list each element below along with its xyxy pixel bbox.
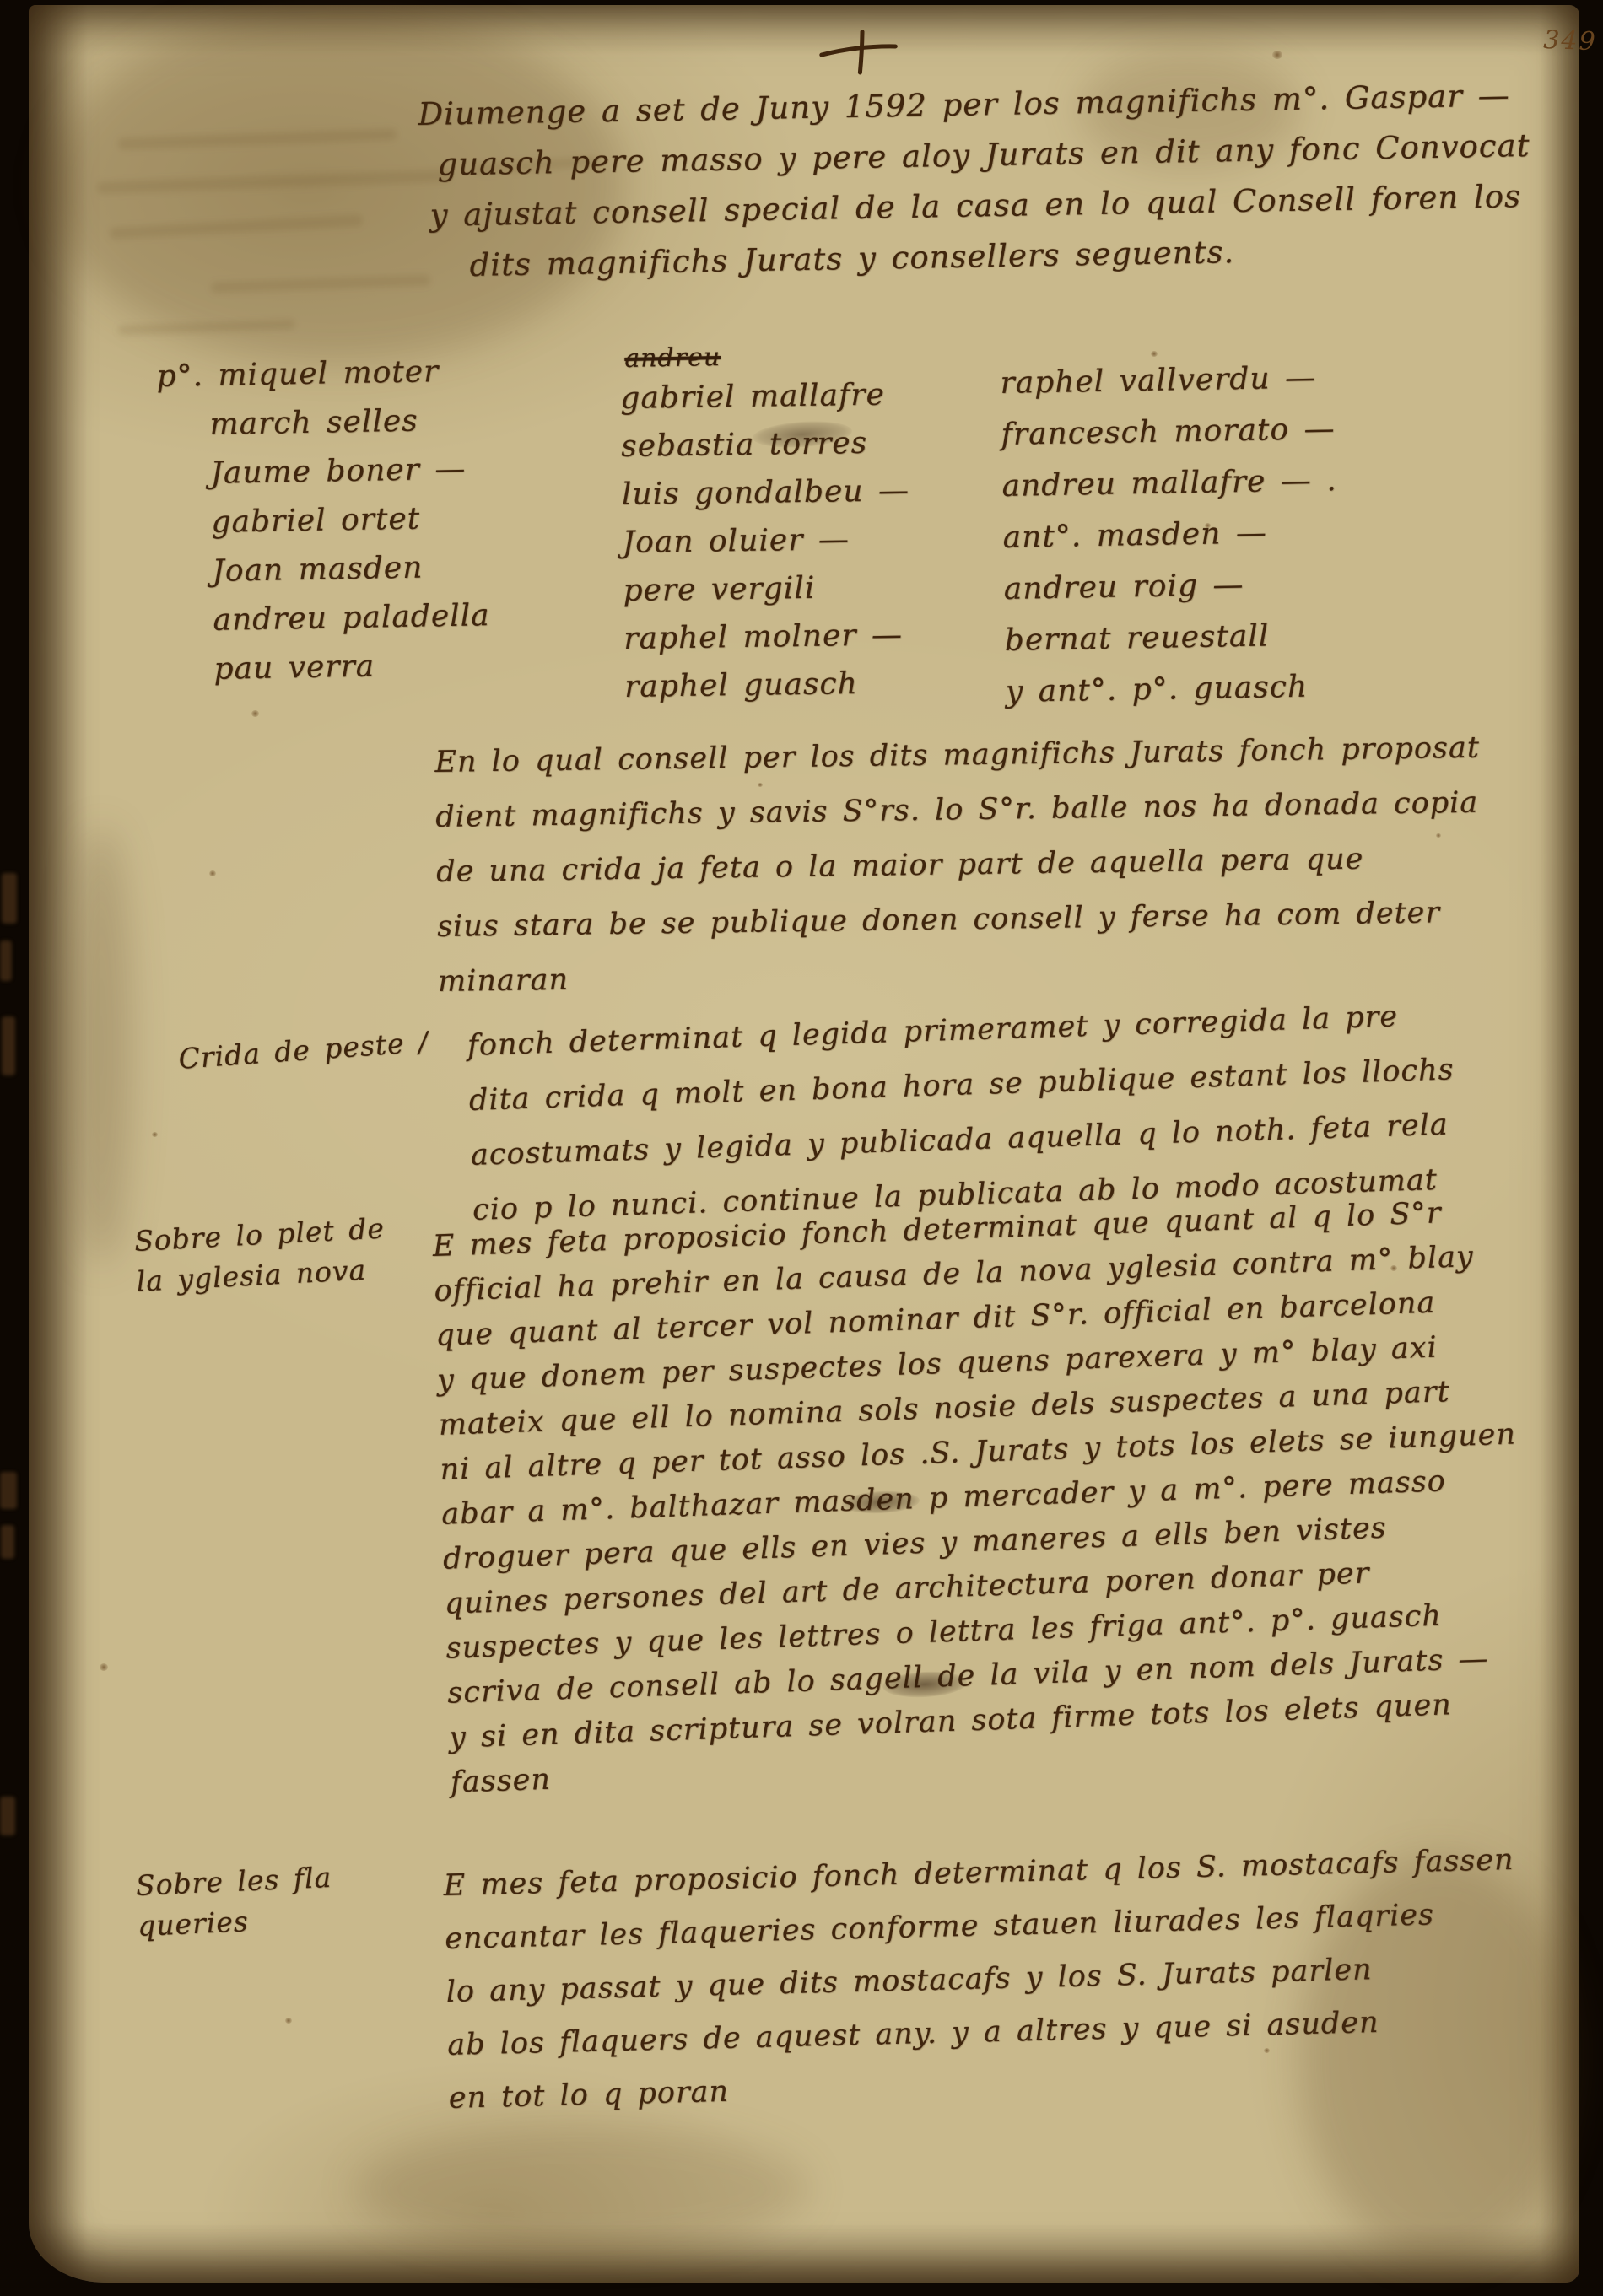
binding-bleed-mark [1, 1525, 14, 1559]
attendee-name: raphel molner — [623, 611, 912, 663]
attendee-name: luis gondalbeu — [622, 466, 910, 519]
paragraph-plet: E mes feta proposicio fonch determinat q… [432, 1189, 1527, 1806]
cross-mark-icon [815, 26, 903, 86]
paragraph-proposal: En lo qual consell per los dits magnific… [434, 721, 1483, 1010]
attendee-name: raphel vallverdu — [1000, 352, 1336, 409]
attendee-name: ant°. masden — [1002, 506, 1338, 563]
attendee-column-1: p°. miquel moter march selles Jaume bone… [156, 347, 491, 695]
heading-block: Diumenge a set de Juny 1592 per los magn… [418, 70, 1532, 292]
binding-bleed-mark [0, 1797, 15, 1835]
attendee-name: gabriel mallafre [620, 370, 909, 423]
struck-attendee-name: andreu [624, 342, 721, 374]
attendee-name: march selles [209, 396, 487, 450]
attendee-name: gabriel ortet [211, 493, 488, 547]
margin-note-plet-yglesia: Sobre lo plet de la yglesia nova [133, 1208, 388, 1302]
attendee-name: andreu paladella [213, 591, 490, 645]
binding-bleed-mark [0, 1472, 17, 1509]
attendee-name: Jaume boner — [210, 445, 488, 499]
attendee-name: pau verra [213, 640, 491, 694]
attendee-column-2: gabriel mallafre sebastia torres luis go… [620, 370, 913, 711]
folio-number: 349 [1543, 25, 1597, 57]
paragraph-flaqueries: E mes feta proposicio fonch determinat q… [443, 1834, 1520, 2126]
binding-bleed-mark [2, 1016, 15, 1075]
binding-bleed-mark [2, 873, 17, 924]
attendee-name: sebastia torres [621, 418, 909, 471]
attendee-name: francesch morato — [1001, 403, 1336, 461]
attendee-name: andreu roig — [1003, 558, 1339, 615]
attendee-name: andreu mallafre — . [1001, 455, 1337, 512]
margin-note-line: Sobre les fla [135, 1857, 332, 1906]
attendee-name: y ant°. p°. guasch [1005, 660, 1341, 718]
attendee-name: p°. miquel moter [156, 347, 486, 402]
margin-note-line: queries [137, 1898, 334, 1947]
attendee-name: Joan masden [212, 542, 489, 596]
attendee-name: raphel guasch [624, 659, 913, 711]
binding-bleed-mark [0, 940, 12, 981]
attendee-name: bernat reuestall [1004, 609, 1340, 666]
attendee-name: Joan oluier — [622, 515, 910, 567]
margin-note-flaqueries: Sobre les fla queries [135, 1857, 334, 1947]
attendee-name: pere vergili [623, 563, 911, 615]
attendee-column-3: raphel vallverdu — francesch morato — an… [1000, 352, 1341, 718]
